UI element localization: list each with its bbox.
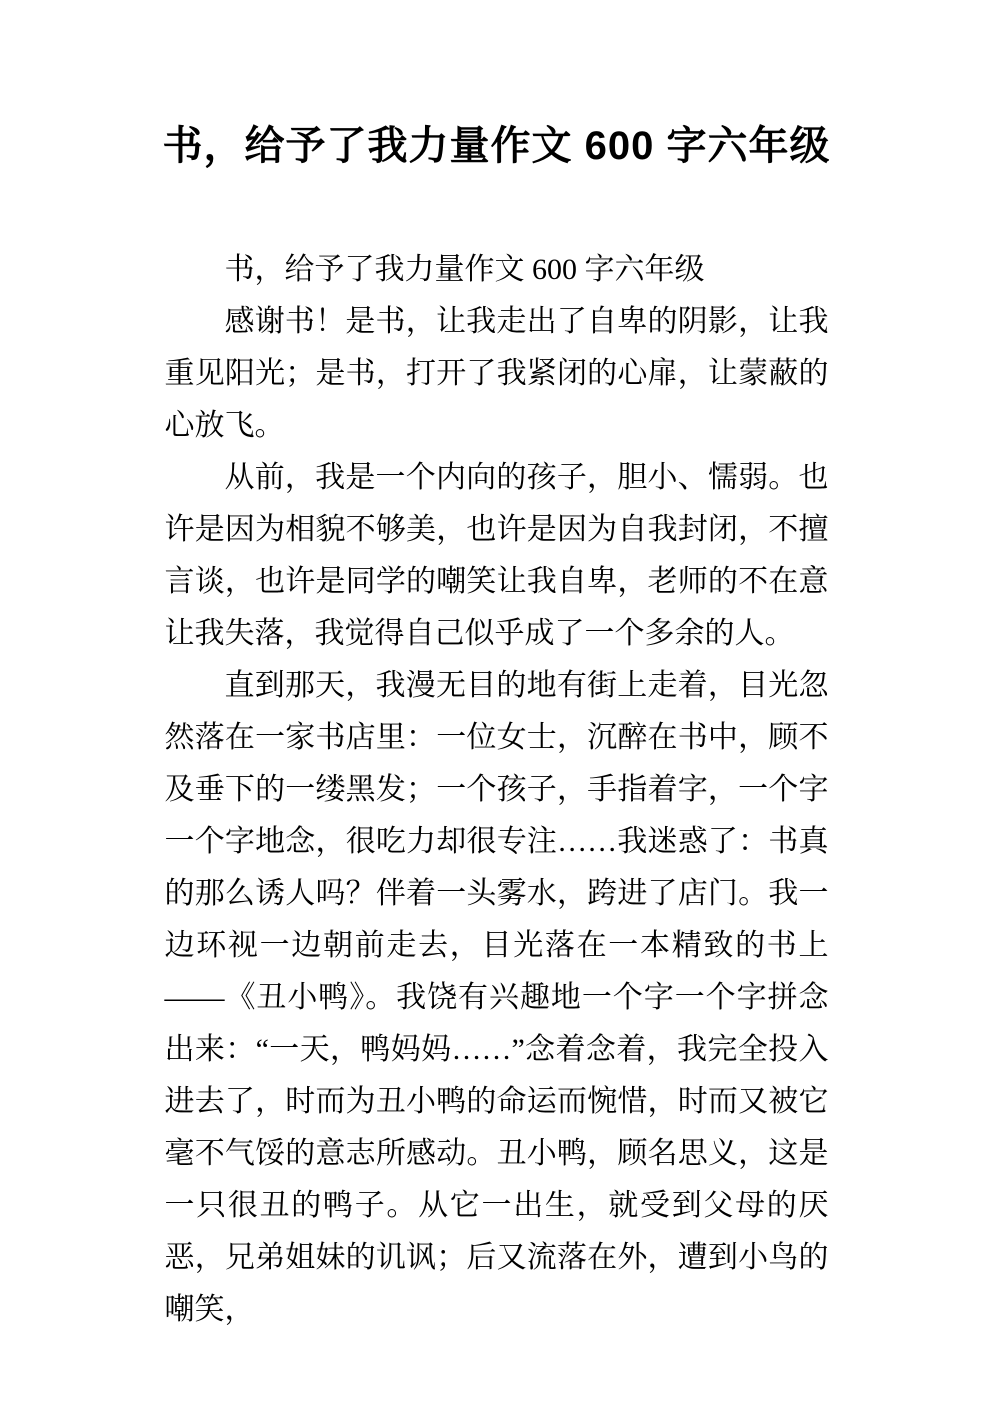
paragraph-thanks-book: 感谢书！是书，让我走出了自卑的阴影，让我重见阳光；是书，打开了我紧闭的心扉，让蒙…: [165, 296, 829, 452]
paragraph-title-line: 书，给予了我力量作文 600 字六年级: [165, 244, 829, 296]
document-body: 书，给予了我力量作文 600 字六年级 感谢书！是书，让我走出了自卑的阴影，让我…: [165, 244, 829, 1336]
document-title: 书，给予了我力量作文 600 字六年级: [87, 118, 907, 174]
paragraph-bookstore-story: 直到那天，我漫无目的地有街上走着，目光忽然落在一家书店里：一位女士，沉醉在书中，…: [165, 660, 829, 1336]
paragraph-introvert-child: 从前，我是一个内向的孩子，胆小、懦弱。也许是因为相貌不够美，也许是因为自我封闭，…: [165, 452, 829, 660]
document-page: 书，给予了我力量作文 600 字六年级 书，给予了我力量作文 600 字六年级 …: [0, 0, 993, 1404]
